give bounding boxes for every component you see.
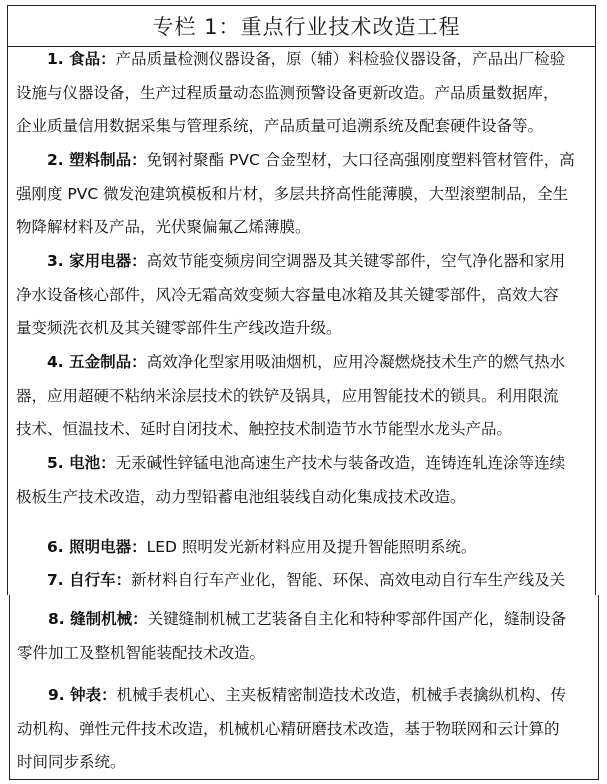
section-text: 高效节能变频房间空调器及其关键零部件，空气净化器和家用 [147, 252, 566, 270]
section-text: 企业质量信用数据采集与管理系统，产品质量可追溯系统及配套硬件设备等。 [16, 110, 588, 144]
section-home-appliances: 3. 家用电器：高效节能变频房间空调器及其关键零部件，空气净化器和家用 净水设备… [16, 245, 588, 346]
section-text: 物降解材料及产品，光伏聚偏氟乙烯薄膜。 [16, 211, 588, 245]
section-sewing-machinery: 8. 缝制机械：关键缝制机械工艺装备自主化和特种零部件国产化，缝制设备 零件加工… [17, 603, 589, 670]
section-plastics: 2. 塑料制品：免钢衬聚酯 PVC 合金型材，大口径高强刚度塑料管材管件，高 强… [16, 144, 588, 245]
table-header-row: 专栏 1：重点行业技术改造工程 [7, 5, 596, 47]
section-heading: 3. 家用电器： [47, 252, 147, 270]
section-text: 零件加工及整机智能装配技术改造。 [17, 637, 589, 671]
section-food: 1. 食品：产品质量检测仪器设备，原（辅）料检验仪器设备，产品出厂检验 设施与仪… [16, 43, 588, 144]
section-text: 免钢衬聚酯 PVC 合金型材，大口径高强刚度塑料管材管件，高 [147, 151, 575, 169]
section-hardware: 4. 五金制品：高效净化型家用吸油烟机，应用冷凝燃烧技术生产的燃气热水 器，应用… [16, 346, 588, 447]
section-text: 动机构、弹性元件技术改造，机械机心精研磨技术改造，基于物联网和云计算的 [17, 713, 589, 747]
section-text: 时间同步系统。 [17, 746, 589, 780]
page-title: 专栏 1：重点行业技术改造工程 [152, 11, 460, 41]
section-lighting: 6. 照明电器：LED 照明发光新材料应用及提升智能照明系统。 [16, 531, 588, 565]
section-text: 新材料自行车产业化，智能、环保、高效电动自行车生产线及关 [131, 571, 565, 589]
section-text: 关键缝制机械工艺装备自主化和特种零部件国产化，缝制设备 [148, 610, 567, 628]
section-heading: 2. 塑料制品： [47, 151, 147, 169]
section-heading: 5. 电池： [47, 454, 116, 472]
section-batteries: 5. 电池：无汞碱性锌锰电池高速生产技术与装备改造，连铸连轧连涂等连续 极板生产… [16, 447, 588, 514]
section-text: 设施与仪器设备，生产过程质量动态监测预警设备更新改造。产品质量数据库， [16, 77, 588, 111]
section-heading: 9. 钟表： [48, 686, 117, 704]
section-text: 净水设备核心部件，风冷无霜高效变频大容量电冰箱及其关键零部件，高效大容 [16, 279, 588, 313]
section-text: 极板生产技术改造，动力型铅蓄电池组装线自动化集成技术改造。 [16, 481, 588, 515]
section-clocks-watches: 9. 钟表：机械手表机心、主夹板精密制造技术改造，机械手表擒纵机构、传 动机构、… [17, 679, 589, 780]
section-text: 机械手表机心、主夹板精密制造技术改造，机械手表擒纵机构、传 [117, 686, 567, 704]
section-text: 高效净化型家用吸油烟机，应用冷凝燃烧技术生产的燃气热水 [147, 353, 566, 371]
section-heading: 7. 自行车： [47, 571, 131, 589]
section-bicycles: 7. 自行车：新材料自行车产业化，智能、环保、高效电动自行车生产线及关 [16, 564, 588, 598]
section-heading: 1. 食品： [47, 50, 116, 68]
section-text: 量变频洗衣机及其关键零部件生产线改造升级。 [16, 312, 588, 346]
section-heading: 8. 缝制机械： [48, 610, 148, 628]
section-text: 无汞碱性锌锰电池高速生产技术与装备改造，连铸连轧连涂等连续 [116, 454, 566, 472]
section-text: 强刚度 PVC 微发泡建筑模板和片材，多层共挤高性能薄膜，大型滚塑制品，全生 [16, 178, 588, 212]
section-heading: 4. 五金制品： [47, 353, 147, 371]
section-text: LED 照明发光新材料应用及提升智能照明系统。 [147, 538, 477, 556]
section-text: 技术、恒温技术、延时自闭技术、触控技术制造节水节能型水龙头产品。 [16, 413, 588, 447]
section-heading: 6. 照明电器： [47, 538, 147, 556]
section-text: 产品质量检测仪器设备，原（辅）料检验仪器设备，产品出厂检验 [116, 50, 566, 68]
section-text: 器，应用超硬不粘纳米涂层技术的铁铲及锅具，应用智能技术的锁具。利用限流 [16, 380, 588, 414]
